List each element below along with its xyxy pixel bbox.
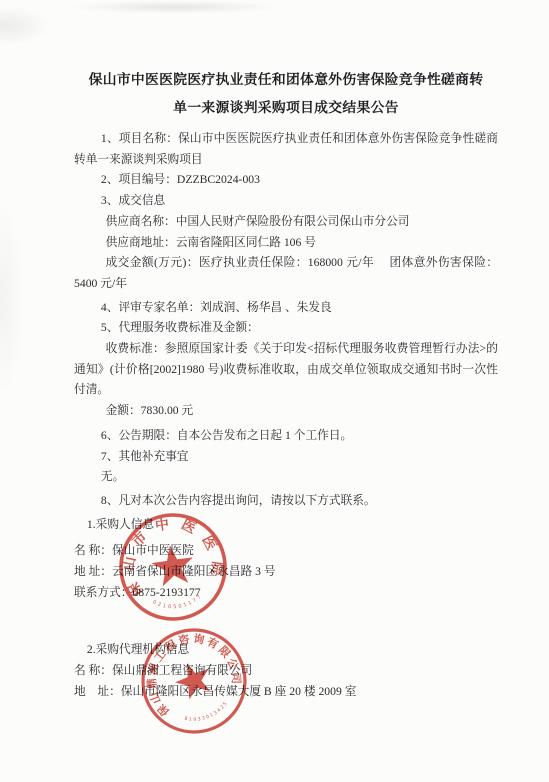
supplier-address: 供应商地址：云南省隆阳区同仁路 106 号 [74, 233, 498, 254]
expert-panel: 4、评审专家名单：刘成润、杨华昌 、朱发良 [74, 298, 498, 319]
supplier-name: 供应商名称：中国人民财产保险股份有限公司保山市分公司 [74, 212, 498, 233]
award-info-heading: 3、成交信息 [74, 191, 498, 212]
notice-period: 6、公告期限：自本公告发布之日起 1 个工作日。 [74, 426, 498, 447]
document-page: 保山市中医医院医疗执业责任和团体意外伤害保险竞争性磋商转 单一来源谈判采购项目成… [0, 0, 549, 782]
buyer-seal: 保山市中医医院 0210501177 [111, 505, 235, 629]
other-matters-none: 无。 [74, 467, 498, 488]
star-icon [149, 542, 196, 587]
buyer-seal-serial-text: 0210501177 [151, 592, 205, 613]
agency-fee-standard: 收费标准：参照原国家计委《关于印发<招标代理服务收费管理暂行办法>的通知》(计价… [74, 339, 498, 401]
agency-fee-heading: 5、代理服务收费标准及金额： [74, 318, 498, 339]
award-amount: 成交金额(万元)：医疗执业责任保险：168000 元/年 团体意外伤害保险：54… [74, 253, 498, 294]
project-name: 1、项目名称：保山市中医医院医疗执业责任和团体意外伤害保险竞争性磋商转单一来源谈… [74, 129, 498, 170]
agency-fee-amount: 金额：7830.00 元 [74, 401, 498, 422]
project-number: 2、项目编号：DZZBC2024-003 [74, 170, 498, 191]
agency-seal-serial-text: 81933013425 [182, 699, 232, 729]
other-matters-heading: 7、其他补充事宜 [74, 447, 498, 468]
title-line-1: 保山市中医医院医疗执业责任和团体意外伤害保险竞争性磋商转 [74, 66, 498, 94]
title-line-2: 单一来源谈判采购项目成交结果公告 [74, 94, 498, 122]
page-title: 保山市中医医院医疗执业责任和团体意外伤害保险竞争性磋商转 单一来源谈判采购项目成… [74, 66, 498, 122]
star-icon [170, 657, 216, 702]
agency-seal: 保山鼎洲工程咨询有限公司 81933013425 [134, 621, 254, 741]
